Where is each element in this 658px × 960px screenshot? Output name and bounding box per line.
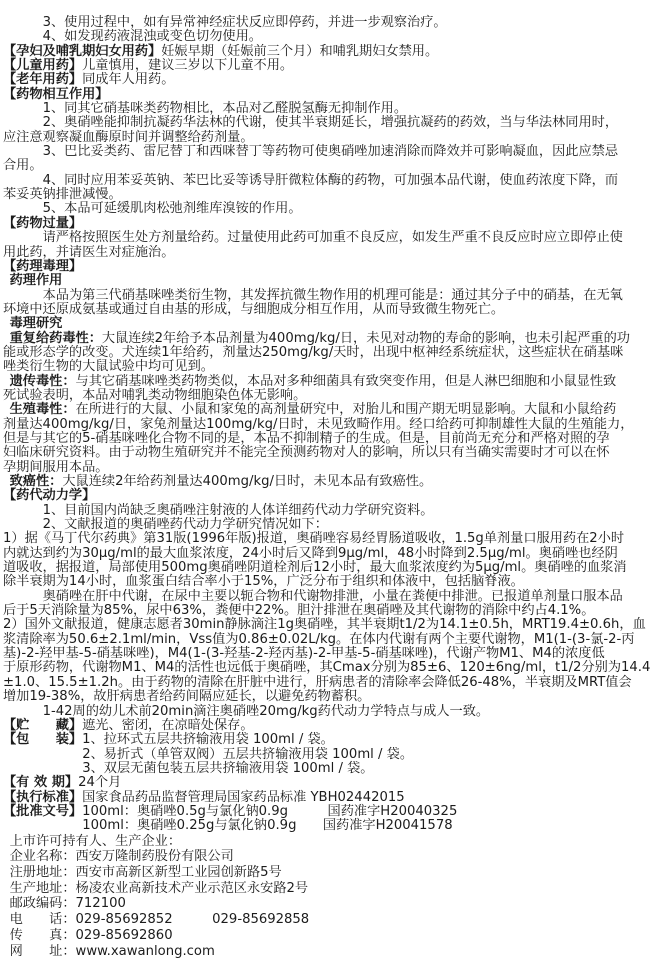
text-line: 网 址：www.xawanlong.com: [3, 944, 656, 960]
text-segment: 于原形药物，代谢物M1、M4的活性也远低于奥硝唑，其Cmax分别为85±6、12…: [3, 660, 650, 675]
text-segment: 传 真：029-85692860: [10, 928, 173, 943]
document-body: 3、使用过程中，如有异常神经症状反应即停药，并进一步观察治疗。4、如发现药液混浊…: [3, 16, 656, 959]
text-segment: 儿童慎用，建议三岁以下儿童不用。: [82, 58, 293, 73]
text-line: 【药代动力学】: [3, 489, 656, 503]
text-segment: 1-42周的幼儿术前20min滴注奥硝唑20mg/kg药代动力学特点与成人一致。: [43, 704, 490, 719]
text-line: 致癌性：大鼠连续2年给药剂量达400mg/kg/日时，未见本品有致癌性。: [3, 475, 656, 489]
text-line: 【孕妇及哺乳期妇女用药】妊娠早期（妊娠前三个月）和哺乳期妇女禁用。: [3, 45, 656, 59]
text-line: 毒理研究: [3, 317, 656, 331]
text-segment: 在所进行的大鼠、小鼠和家兔的高剂量研究中，对胎儿和围产期无明显影响。大鼠和小鼠给…: [76, 402, 617, 417]
text-line: 传 真：029-85692860: [3, 928, 656, 944]
text-segment: 企业名称：西安万隆制药股份有限公司: [10, 849, 234, 864]
text-line: 注册地址：西安市高新区新型工业园创新路5号: [3, 865, 656, 881]
text-segment: 增加19-38%，故肝病患者给药间隔应延长，以避免药物蓄积。: [3, 689, 370, 704]
text-segment: 100ml：奥硝唑0.5g与氯化钠0.9g 国药准字H20040325: [82, 804, 457, 819]
text-segment: 苯妥英钠排泄减慢。: [3, 187, 122, 202]
section-header: 【贮 藏】: [3, 718, 82, 733]
section-header: 【孕妇及哺乳期妇女用药】: [3, 44, 161, 59]
text-line: 【老年用药】同成年人用药。: [3, 73, 656, 87]
text-segment: 基)-2-羟甲基-5-硝基咪唑)，M4(1-(3-羟基-2-羟丙基)-2-甲基-…: [3, 646, 605, 661]
text-segment: 1、目前国内尚缺乏奥硝唑注射液的人体详细药代动力学研究资料。: [43, 503, 434, 518]
text-segment: 2、文献报道的奥硝唑药代动力学研究情况如下：: [43, 517, 328, 532]
text-line: 企业名称：西安万隆制药股份有限公司: [3, 849, 656, 865]
text-segment: 3、双层无菌包装五层共挤输液用袋 100ml / 袋。: [82, 761, 373, 776]
text-line: 本品为第三代硝基咪唑类衍生物，其发挥抗微生物作用的机理可能是：通过其分子中的硝基…: [3, 289, 656, 303]
text-segment: 注册地址：西安市高新区新型工业园创新路5号: [10, 865, 282, 880]
text-line: 剂量达400mg/kg/日，家兔剂量达100mg/kg/日时，未见致畸作用。经口…: [3, 418, 656, 432]
text-segment: 与其它硝基咪唑类药物类似，本品对多种细菌具有致突变作用，但是人淋巴细胞和小鼠显性…: [76, 374, 617, 389]
text-segment: ±1.0、15.5±1.2h。由于药物的清除在肝脏中进行，肝病患者的清除率会降低…: [3, 675, 632, 690]
text-line: 【包 装】1、拉环式五层共挤输液用袋 100ml / 袋。: [3, 733, 656, 747]
section-header: 【执行标准】: [3, 790, 82, 805]
section-header: 【儿童用药】: [3, 58, 82, 73]
text-segment: 应注意观察凝血酶原时间并调整给药剂量。: [3, 130, 254, 145]
text-line: 用此药，并请医生对症施治。: [3, 246, 656, 260]
text-segment: 妇临床研究资料。由于动物生殖研究并不能完全预测药物对人的影响，所以只有当确实需要…: [3, 445, 610, 460]
text-segment: 遮光、密闭，在凉暗处保存。: [82, 718, 253, 733]
text-segment: 用此药，并请医生对症施治。: [3, 245, 174, 260]
text-segment: 上市许可持有人、生产企业：: [10, 834, 181, 849]
text-segment: 邮政编码：712100: [10, 896, 126, 911]
text-line: 2）国外文献报道，健康志愿者30min静脉滴注1g奥硝唑，其半衰期t1/2为14…: [3, 618, 656, 632]
section-header: 致癌性：: [10, 474, 63, 489]
text-segment: 2、易折式（单管双阀）五层共挤输液用袋 100ml / 袋。: [82, 747, 413, 762]
text-line: 3、巴比妥类药、雷尼替丁和西咪替丁等药物可使奥硝唑加速消除而降效并可影响凝血，因…: [3, 145, 656, 159]
text-segment: 剂量达400mg/kg/日，家兔剂量达100mg/kg/日时，未见致畸作用。经口…: [3, 417, 634, 432]
text-line: 生殖毒性：在所进行的大鼠、小鼠和家兔的高剂量研究中，对胎儿和围产期无明显影响。大…: [3, 403, 656, 417]
text-line: 除半衰期为14小时，血浆蛋白结合率小于15%，广泛分布于组织和体液中，包括脑脊液…: [3, 575, 656, 589]
text-segment: 道吸收，据报道，局部使用500mg奥硝唑阴道栓剂后12小时，最大血浆浓度约为5μ…: [3, 560, 627, 575]
text-segment: 环境中还原成氨基或通过自由基的形成，与细胞成分相互作用，从而导致微生物死亡。: [3, 302, 504, 317]
text-segment: 奥硝唑在肝中代谢，在尿中主要以轭合物和代谢物排泄，小量在粪便中排泄。已报道单剂量…: [43, 589, 623, 604]
text-line: 2、奥硝唑能抑制抗凝药华法林的代谢，使其半衰期延长，增强抗凝药的药效，当与华法林…: [3, 116, 656, 130]
text-line: ±1.0、15.5±1.2h。由于药物的清除在肝脏中进行，肝病患者的清除率会降低…: [3, 676, 656, 690]
text-segment: 大鼠连续2年给予本品剂量为400mg/kg/日，未见对动物的寿命的影响，也未引起…: [102, 331, 630, 346]
text-segment: 4、如发现药液混浊或变色切勿使用。: [43, 29, 262, 44]
text-line: 4、同时应用苯妥英钠、苯巴比妥等诱导肝微粒体酶的药物，可加强本品代谢，使血药浓度…: [3, 174, 656, 188]
text-line: 【药物相互作用】: [3, 88, 656, 102]
text-segment: 后于5天消除量为85%，尿中63%，粪便中22%。胆汁排泄在奥硝唑及其代谢物的消…: [3, 603, 594, 618]
text-line: 1）据《马丁代尔药典》第31版(1996年版)报道，奥硝唑容易经胃肠道吸收，1.…: [3, 532, 656, 546]
text-segment: 24个月: [78, 775, 121, 790]
text-segment: 3、巴比妥类药、雷尼替丁和西咪替丁等药物可使奥硝唑加速消除而降效并可影响凝血，因…: [43, 144, 618, 159]
text-segment: 100ml：奥硝唑0.25g与氯化钠0.9g 国药准字H20041578: [82, 818, 452, 833]
text-segment: 内就达到约为30μg/ml的最大血浆浓度，24小时后又降到9μg/ml，48小时…: [3, 546, 618, 561]
text-line: 内就达到约为30μg/ml的最大血浆浓度，24小时后又降到9μg/ml，48小时…: [3, 547, 656, 561]
text-segment: 能或形态学的改变。犬连续1年给药，剂量达250mg/kg/天时，出现中枢神经系统…: [3, 345, 623, 360]
text-segment: 除半衰期为14小时，血浆蛋白结合率小于15%，广泛分布于组织和体液中，包括脑脊液…: [3, 574, 524, 589]
text-line: 唑类衍生物的大鼠试验中均可见到。: [3, 360, 656, 374]
section-header: 毒理研究: [10, 316, 63, 331]
text-segment: 同成年人用药。: [82, 72, 174, 87]
text-segment: 1、拉环式五层共挤输液用袋 100ml / 袋。: [82, 732, 334, 747]
text-line: 电 话：029-85692852 029-85692858: [3, 912, 656, 928]
text-line: 遗传毒性：与其它硝基咪唑类药物类似，本品对多种细菌具有致突变作用，但是人淋巴细胞…: [3, 375, 656, 389]
section-header: 【药理毒理】: [3, 259, 82, 274]
text-segment: 死试验表明，本品对哺乳类动物细胞染色体无影响。: [3, 388, 306, 403]
text-line: 孕期间服用本品。: [3, 461, 656, 475]
text-line: 药理作用: [3, 274, 656, 288]
text-line: 生产地址：杨凌农业高新技术产业示范区永安路2号: [3, 881, 656, 897]
text-segment: 电 话：029-85692852 029-85692858: [10, 912, 310, 927]
text-line: 于原形药物，代谢物M1、M4的活性也远低于奥硝唑，其Cmax分别为85±6、12…: [3, 661, 656, 675]
text-segment: 国家食品药品监督管理局国家药品标准 YBH02442015: [82, 790, 405, 805]
text-segment: 大鼠连续2年给药剂量达400mg/kg/日时，未见本品有致癌性。: [62, 474, 432, 489]
text-line: 5、本品可延缓肌肉松弛剂维库溴铵的作用。: [3, 202, 656, 216]
section-header: 【药代动力学】: [3, 488, 95, 503]
text-segment: 4、同时应用苯妥英钠、苯巴比妥等诱导肝微粒体酶的药物，可加强本品代谢，使血药浓度…: [43, 173, 618, 188]
section-header: 【药物相互作用】: [3, 87, 109, 102]
section-header: 【药物过量】: [3, 216, 82, 231]
text-segment: 3、使用过程中，如有异常神经症状反应即停药，并进一步观察治疗。: [43, 15, 447, 30]
section-header: 【包 装】: [3, 732, 82, 747]
section-header: 【有 效 期】: [3, 775, 78, 790]
section-header: 【老年用药】: [3, 72, 82, 87]
text-line: 1-42周的幼儿术前20min滴注奥硝唑20mg/kg药代动力学特点与成人一致。: [3, 705, 656, 719]
text-segment: 1）据《马丁代尔药典》第31版(1996年版)报道，奥硝唑容易经胃肠道吸收，1.…: [3, 531, 624, 546]
text-segment: 2、奥硝唑能抑制抗凝药华法林的代谢，使其半衰期延长，增强抗凝药的药效，当与华法林…: [43, 115, 618, 130]
text-segment: 1、同其它硝基咪类药物相比，本品对乙醛脱氢酶无抑制作用。: [43, 101, 407, 116]
text-segment: 5、本品可延缓肌肉松弛剂维库溴铵的作用。: [43, 201, 302, 216]
section-header: 遗传毒性：: [10, 374, 76, 389]
section-header: 生殖毒性：: [10, 402, 76, 417]
text-line: 妇临床研究资料。由于动物生殖研究并不能完全预测药物对人的影响，所以只有当确实需要…: [3, 446, 656, 460]
text-line: 浆清除率为50.6±2.1ml/min，Vss值为0.86±0.02L/kg。在…: [3, 633, 656, 647]
text-segment: 请严格按照医生处方剂量给药。过量使用此药可加重不良反应，如发生严重不良反应时应立…: [43, 230, 623, 245]
text-line: 100ml：奥硝唑0.25g与氯化钠0.9g 国药准字H20041578: [3, 819, 656, 833]
text-line: 邮政编码：712100: [3, 896, 656, 912]
text-segment: 网 址：www.xawanlong.com: [10, 944, 215, 959]
text-line: 上市许可持有人、生产企业：: [3, 834, 656, 850]
text-line: 4、如发现药液混浊或变色切勿使用。: [3, 30, 656, 44]
package-insert-page: 3、使用过程中，如有异常神经症状反应即停药，并进一步观察治疗。4、如发现药液混浊…: [0, 0, 658, 960]
text-segment: 浆清除率为50.6±2.1ml/min，Vss值为0.86±0.02L/kg。在…: [3, 632, 635, 647]
text-line: 2、易折式（单管双阀）五层共挤输液用袋 100ml / 袋。: [3, 748, 656, 762]
section-header: 药理作用: [10, 273, 63, 288]
text-line: 增加19-38%，故肝病患者给药间隔应延长，以避免药物蓄积。: [3, 690, 656, 704]
text-segment: 2）国外文献报道，健康志愿者30min静脉滴注1g奥硝唑，其半衰期t1/2为14…: [3, 617, 646, 632]
text-segment: 孕期间服用本品。: [3, 460, 109, 475]
text-line: 奥硝唑在肝中代谢，在尿中主要以轭合物和代谢物排泄，小量在粪便中排泄。已报道单剂量…: [3, 590, 656, 604]
text-segment: 但是与其它的5-硝基咪唑化合物不同的是，本品不抑制精子的生成。但是，目前尚无充分…: [3, 431, 610, 446]
text-line: 【药物过量】: [3, 217, 656, 231]
text-line: 应注意观察凝血酶原时间并调整给药剂量。: [3, 131, 656, 145]
text-line: 【执行标准】国家食品药品监督管理局国家药品标准 YBH02442015: [3, 791, 656, 805]
section-header: 重复给药毒性：: [10, 331, 102, 346]
text-line: 1、目前国内尚缺乏奥硝唑注射液的人体详细药代动力学研究资料。: [3, 504, 656, 518]
text-line: 环境中还原成氨基或通过自由基的形成，与细胞成分相互作用，从而导致微生物死亡。: [3, 303, 656, 317]
text-line: 合用。: [3, 159, 656, 173]
section-header: 【批准文号】: [3, 804, 82, 819]
text-line: 【有 效 期】24个月: [3, 776, 656, 790]
text-segment: 生产地址：杨凌农业高新技术产业示范区永安路2号: [10, 881, 309, 896]
text-line: 【药理毒理】: [3, 260, 656, 274]
text-segment: 唑类衍生物的大鼠试验中均可见到。: [3, 359, 214, 374]
text-line: 重复给药毒性：大鼠连续2年给予本品剂量为400mg/kg/日，未见对动物的寿命的…: [3, 332, 656, 346]
text-segment: 本品为第三代硝基咪唑类衍生物，其发挥抗微生物作用的机理可能是：通过其分子中的硝基…: [43, 288, 623, 303]
text-segment: 妊娠早期（妊娠前三个月）和哺乳期妇女禁用。: [161, 44, 438, 59]
text-line: 请严格按照医生处方剂量给药。过量使用此药可加重不良反应，如发生严重不良反应时应立…: [3, 231, 656, 245]
text-segment: 合用。: [3, 158, 43, 173]
